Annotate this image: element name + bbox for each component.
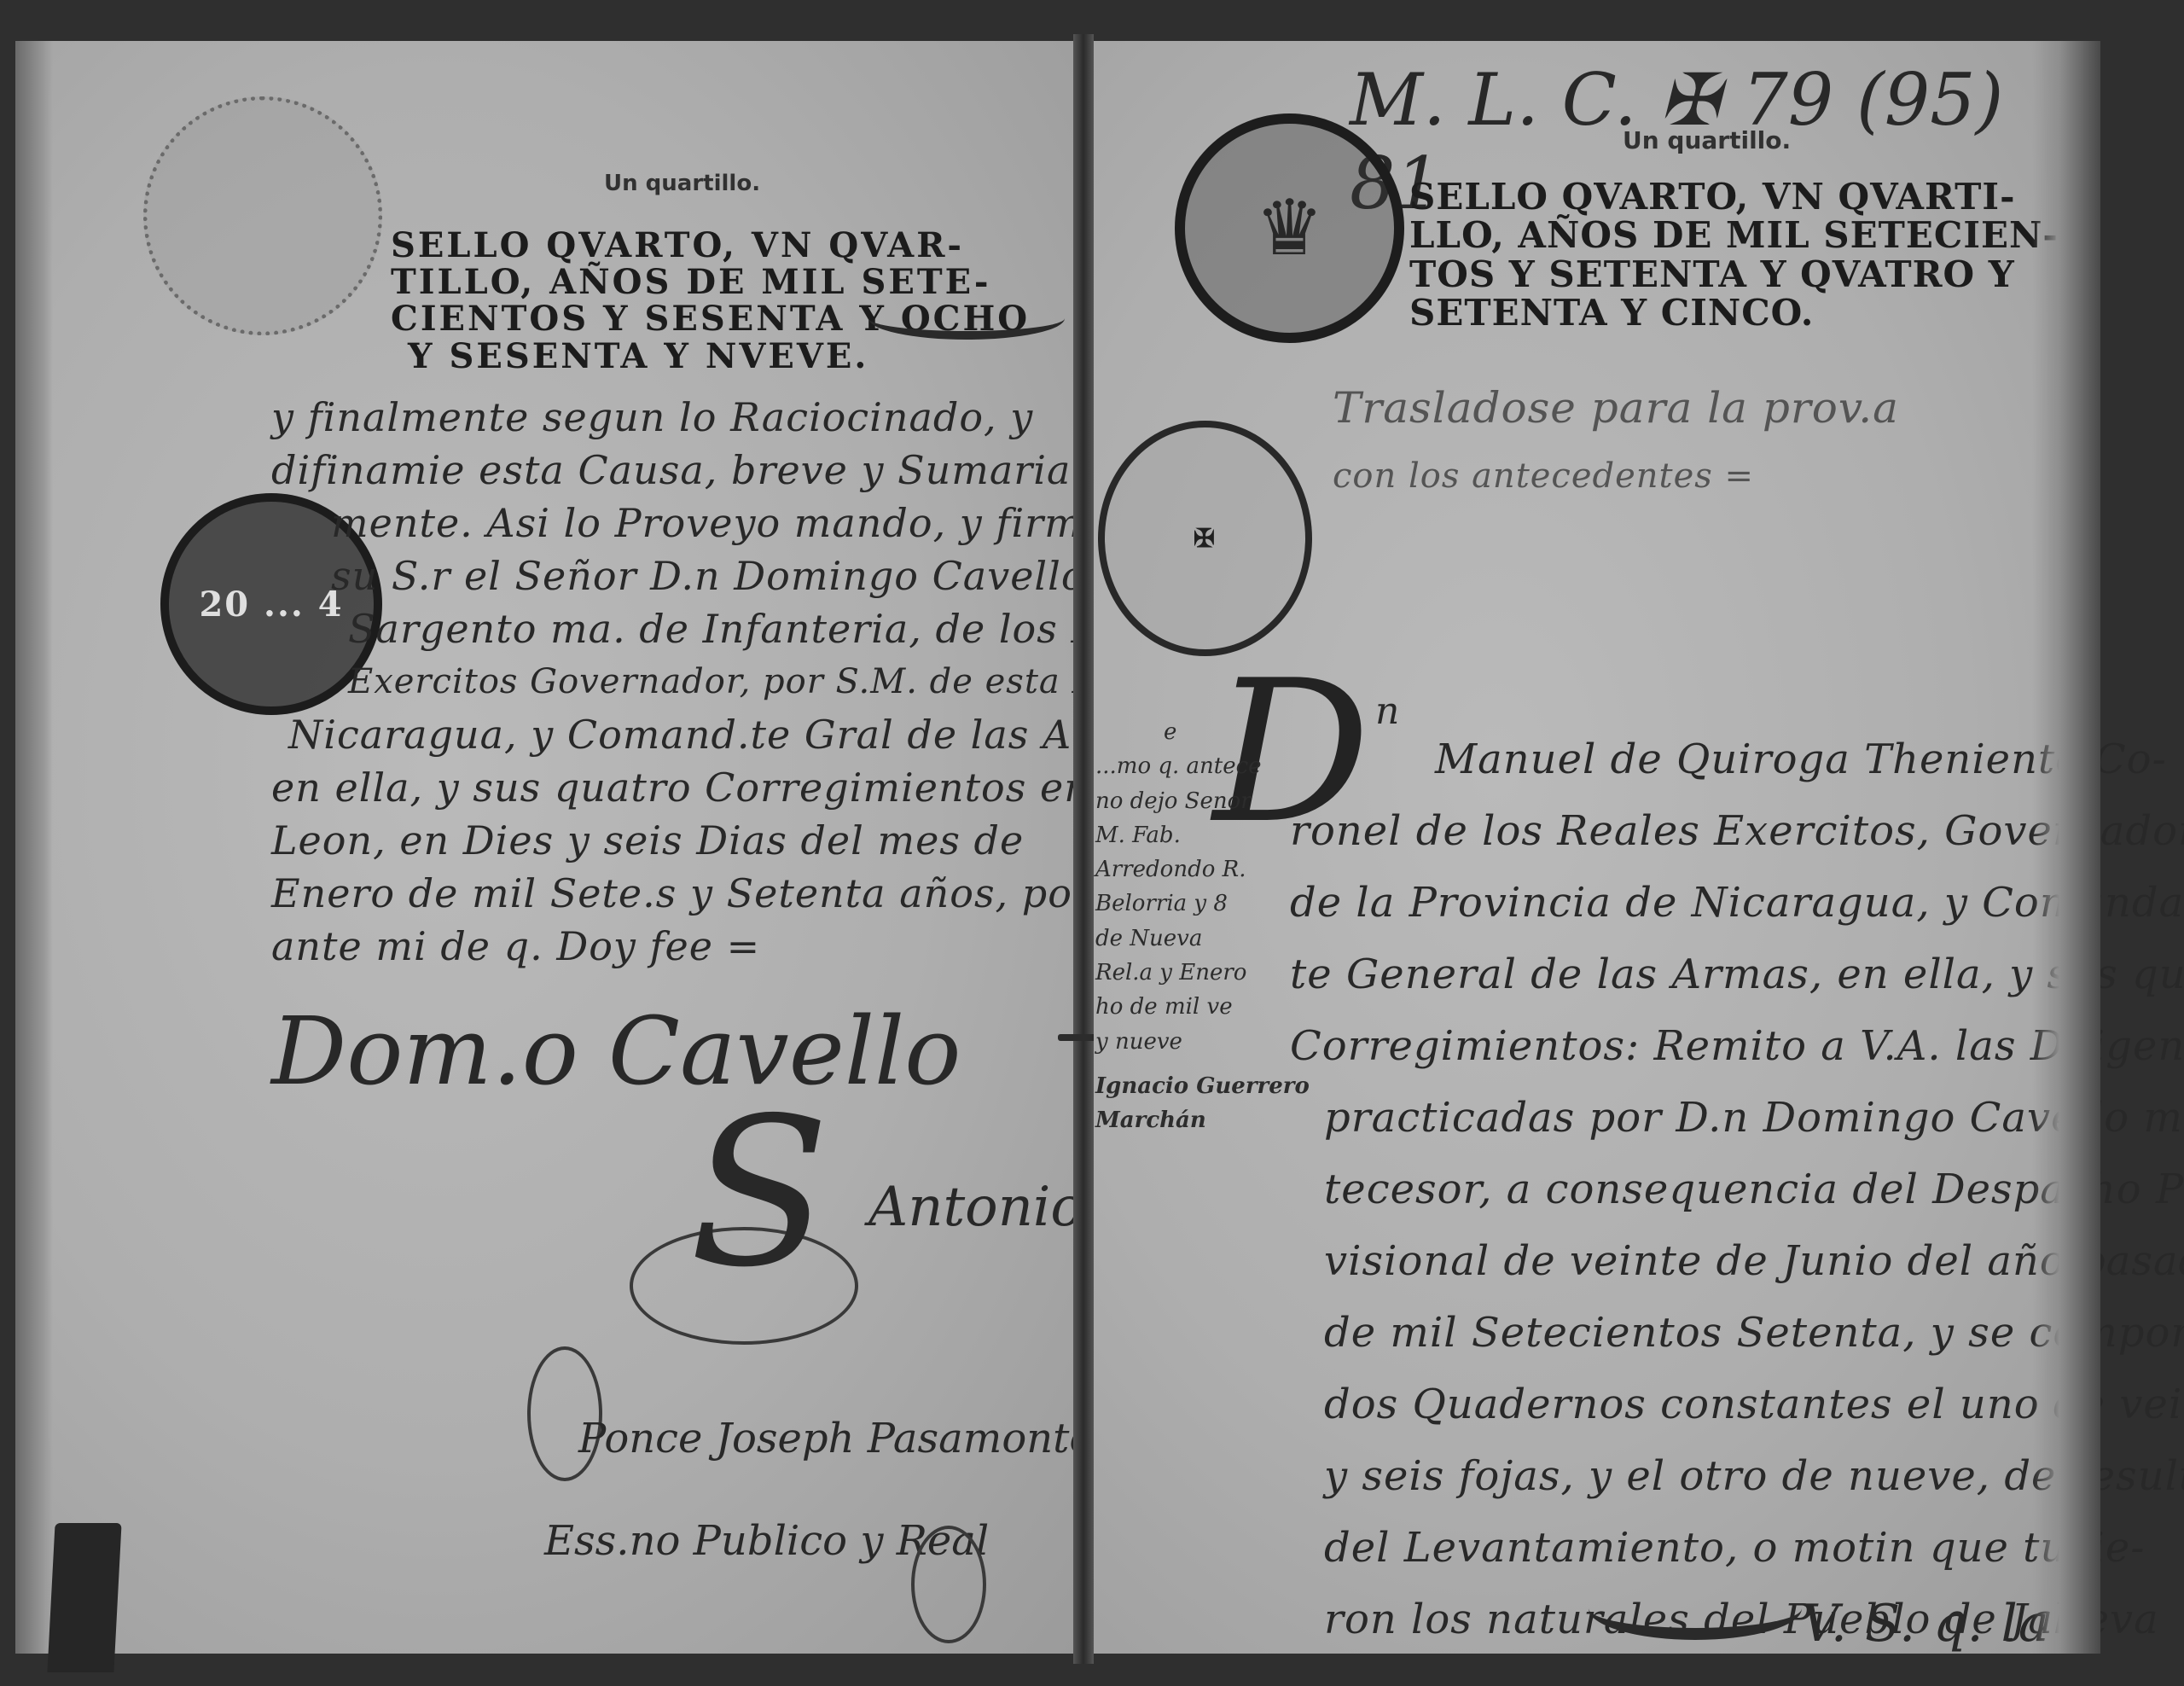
left-body-text: y finalmente segun lo Raciocinado, y dif… <box>271 391 1183 973</box>
left-page: Un quartillo. SELLO QVARTO, VN QVAR- TIL… <box>15 41 1073 1654</box>
signature-cavello: Dom.o Cavello <box>271 997 961 1106</box>
signature-notary: Ponce Joseph Pasamontes <box>578 1415 1114 1462</box>
rubric-s: S <box>689 1073 829 1312</box>
transfer-note: Trasladose para la prov.a con los antece… <box>1333 374 1899 510</box>
rubric-loop-c <box>911 1526 986 1643</box>
stamp-header: SELLO QVARTO, VN QVARTI- LLO, AÑOS DE MI… <box>1409 177 2059 332</box>
catchword: V. S. q. la <box>1802 1594 2050 1654</box>
royal-arms-seal-icon: ♛ <box>1175 113 1404 343</box>
faint-seal-icon <box>143 96 382 335</box>
parallel-seal-icon: ✠ <box>1098 421 1312 656</box>
catchword-flourish <box>1589 1577 1802 1640</box>
seal-cross-icon: ✠ <box>1194 524 1217 554</box>
pen-flourish <box>868 297 1065 340</box>
stamp-denomination: Un quartillo. <box>1623 126 1791 154</box>
crown-icon: ♛ <box>1255 183 1324 273</box>
right-page: M. L. C. ✠ 79 (95) 81 ♛ Un quartillo. SE… <box>1094 41 2100 1654</box>
stamp-denomination: Un quartillo. <box>604 171 760 196</box>
book-gutter <box>1073 34 1094 1664</box>
signature-antonio: Antonio <box>868 1176 1083 1239</box>
binding-tab <box>47 1523 121 1672</box>
right-body-text: Manuel de Quiroga Theniente Co- ronel de… <box>1222 724 2184 1655</box>
